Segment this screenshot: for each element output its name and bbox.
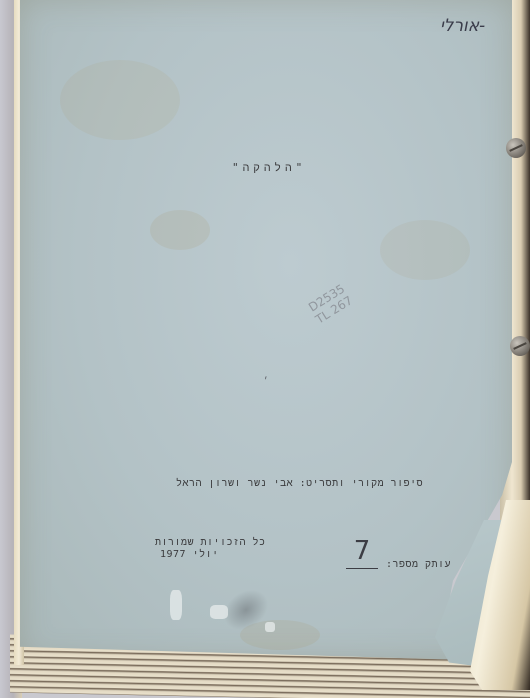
script-title: "הלהקה" [232, 161, 306, 175]
binding-rivet-top [506, 138, 526, 158]
paper-wear-spot [265, 622, 275, 632]
handwritten-name: -אורלי [440, 16, 485, 36]
rights-notice: כל הזכויות שמורות [155, 537, 266, 549]
paper-wear-spot [170, 590, 182, 620]
script-date: יולי 1977 [160, 549, 219, 561]
credit-line: סיפור מקורי ותסריט: אבי נשר ושרון הראל [176, 478, 423, 490]
copy-number-label: עותק מספר: [386, 559, 451, 571]
paper-wear-spot [210, 605, 228, 619]
binding-rivet-bottom [510, 336, 530, 356]
copy-number-handwritten: 7 [346, 538, 378, 569]
